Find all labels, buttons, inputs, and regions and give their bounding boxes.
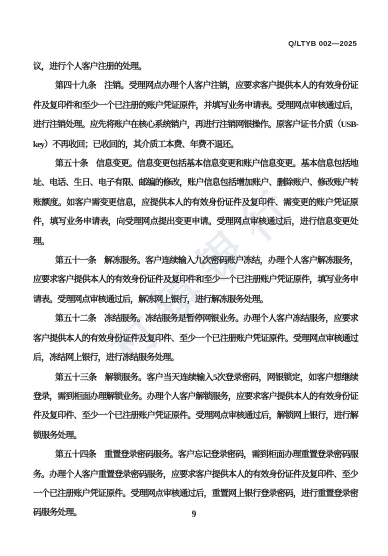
paragraph-article-49: 第四十九条 注销。受理网点办理个人客户注销，应要求客户提供本人的有效身份证件及复… [33, 76, 358, 154]
document-page: Q/LTYB 002—2025 村镇银行 议，进行个人客户注册的处理。 第四十九… [0, 0, 388, 556]
paragraph-article-50: 第五十条 信息变更。信息变更包括基本信息变更和账户信息变更。基本信息包括地址、电… [33, 154, 358, 251]
standard-code-header: Q/LTYB 002—2025 [288, 39, 357, 48]
document-body: 议，进行个人客户注册的处理。 第四十九条 注销。受理网点办理个人客户注销，应要求… [33, 57, 358, 523]
page-number: 9 [0, 509, 388, 519]
paragraph-article-51: 第五十一条 解冻服务。客户连续输入九次密码账户冻结，办理个人客户解冻服务，应要求… [33, 251, 358, 309]
paragraph-article-52: 第五十二条 冻结服务。冻结服务是暂停网银业务。办理个人客户冻结服务，应要求客户提… [33, 309, 358, 367]
paragraph-article-53: 第五十三条 解锁服务。客户当天连续输入5次登录密码，网银锁定，如客户想继续登录，… [33, 368, 358, 446]
paragraph-continuation: 议，进行个人客户注册的处理。 [33, 57, 358, 76]
